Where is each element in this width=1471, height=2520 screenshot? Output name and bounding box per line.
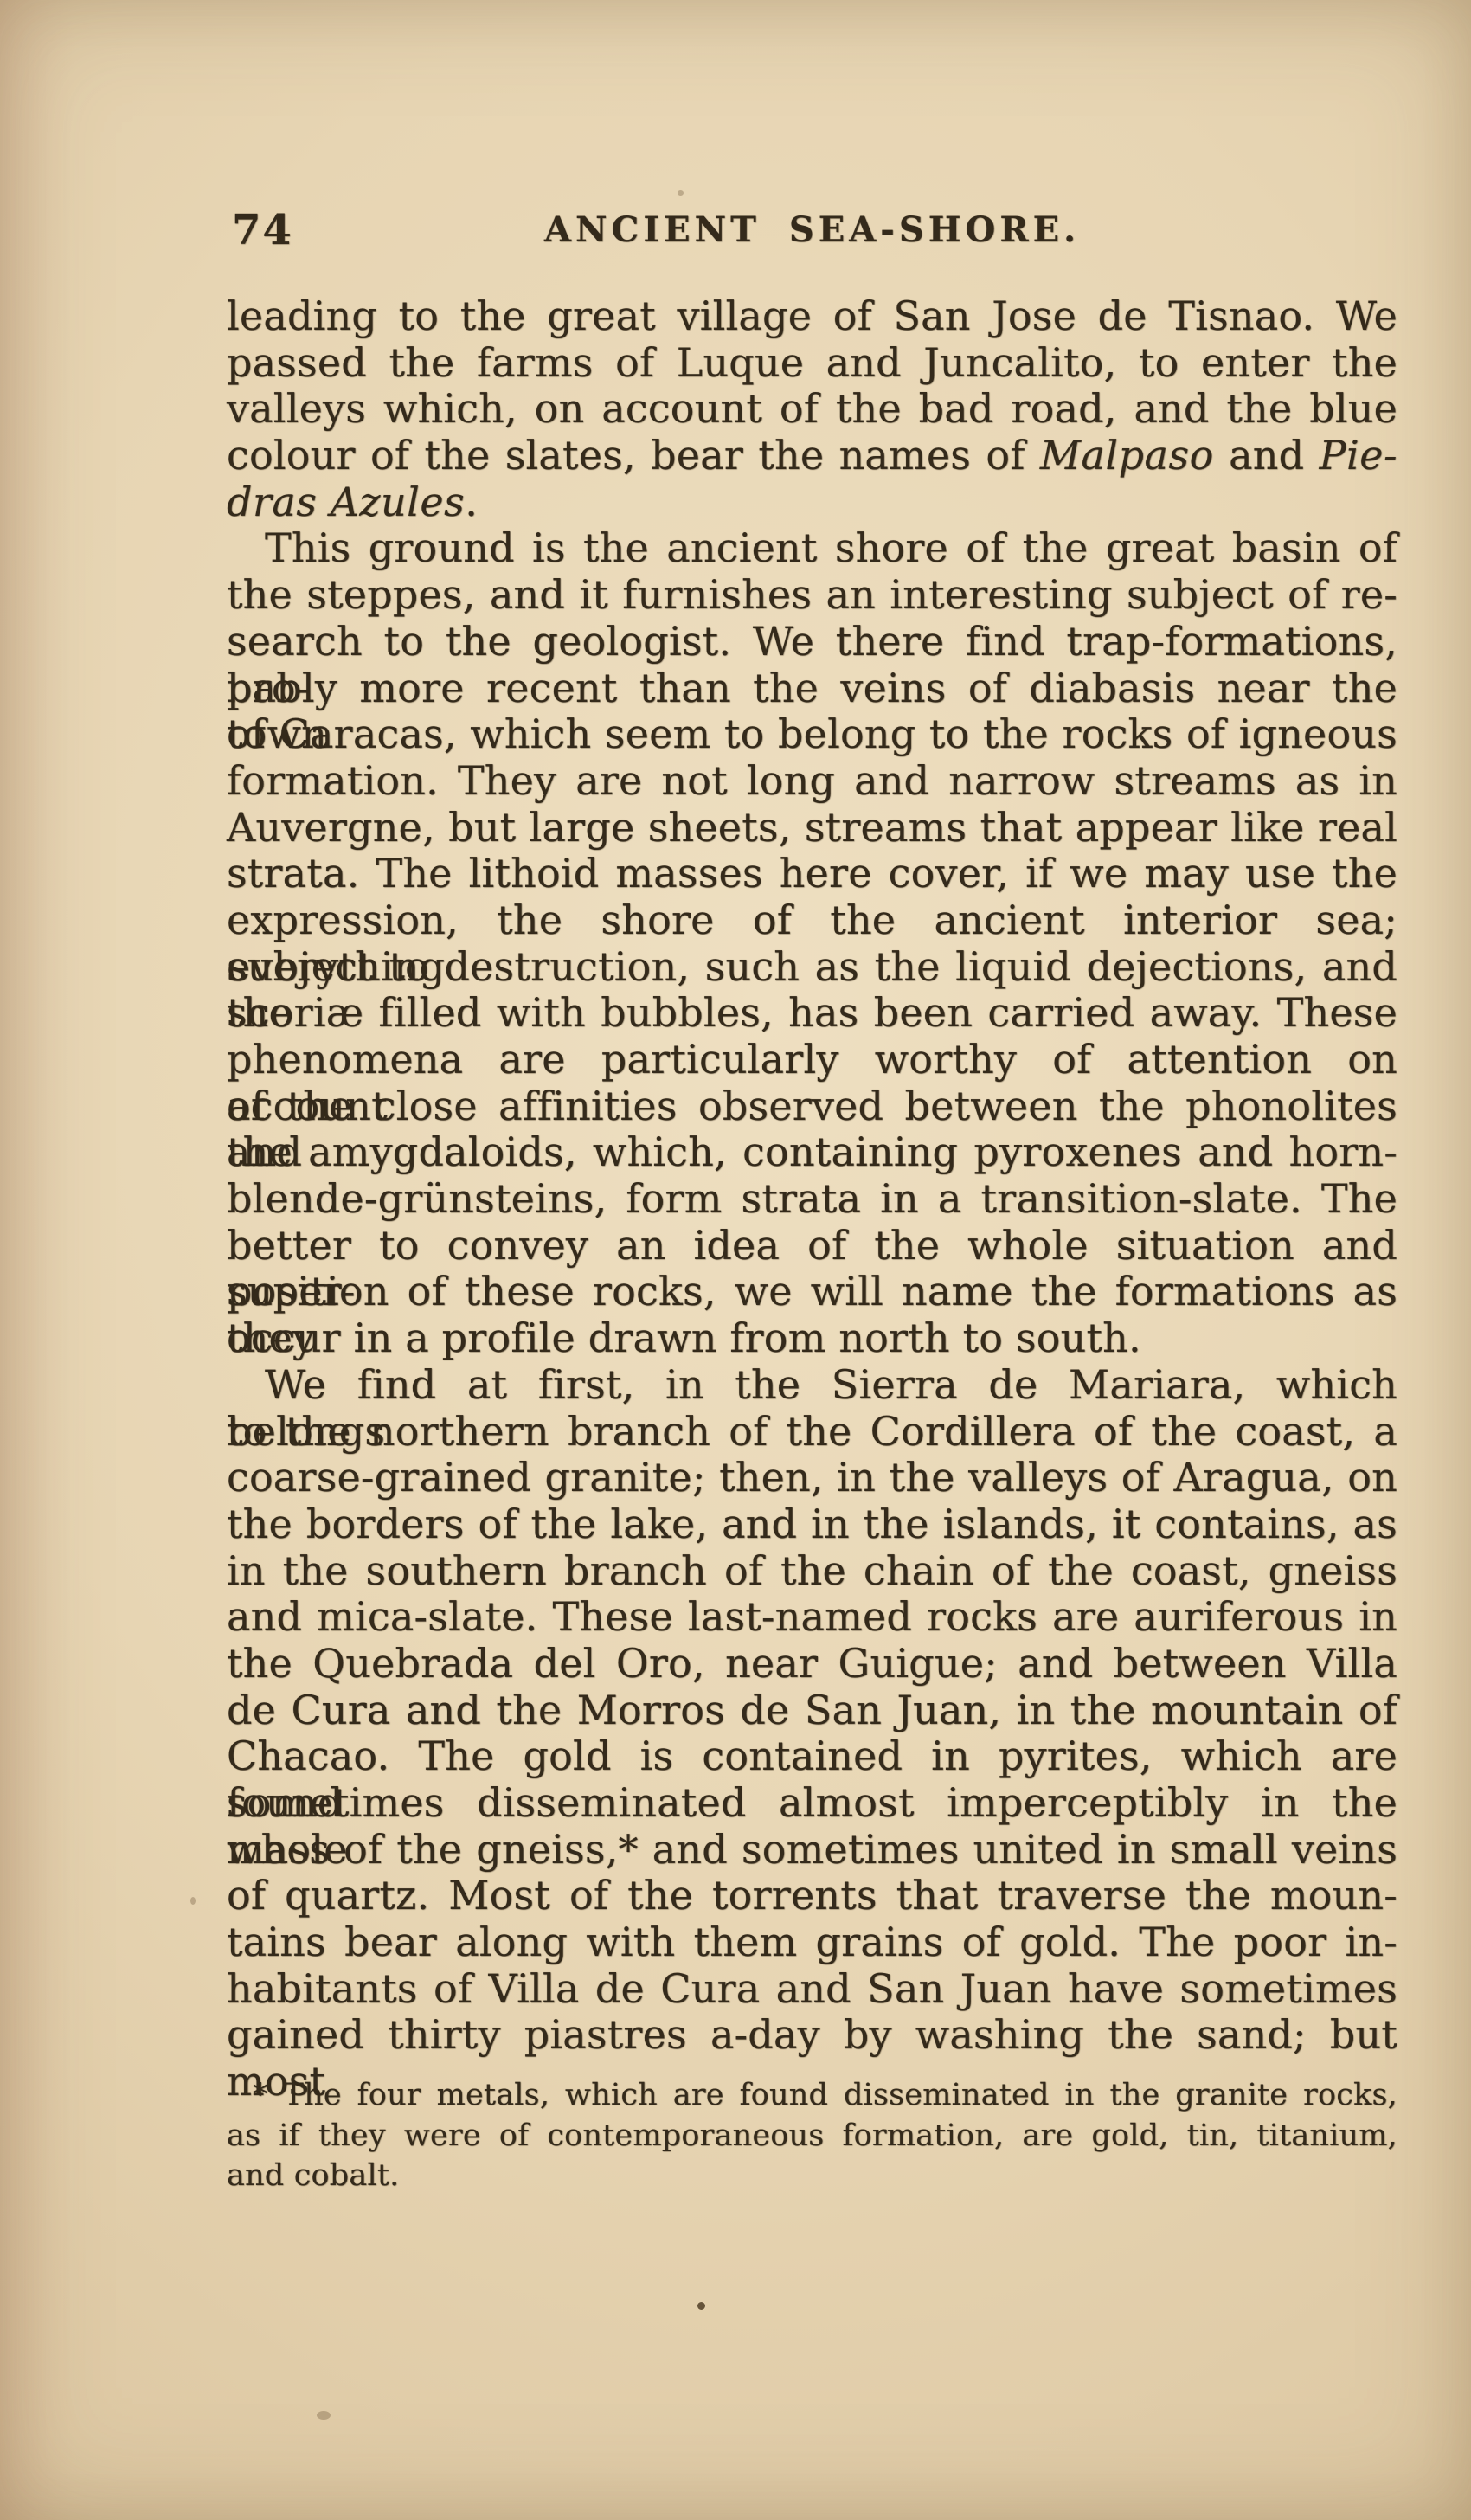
page-header: 74 ANCIENT SEA-SHORE. [227,206,1397,254]
text-line: colour of the slates, bear the names of … [227,433,1397,479]
text-line: better to convey an idea of the whole si… [227,1223,1397,1270]
text-line: formation. They are not long and narrow … [227,758,1397,805]
text-line: the steppes, and it furnishes an interes… [227,572,1397,619]
text-line: valleys which, on account of the bad roa… [227,386,1397,433]
text-line: This ground is the ancient shore of the … [227,525,1397,572]
text-line: the borders of the lake, and in the isla… [227,1501,1397,1548]
text-line: phenomena are particularly worthy of att… [227,1037,1397,1083]
ink-speck [678,190,684,196]
text-line: bably more recent than the veins of diab… [227,665,1397,712]
text-line: Chacao. The gold is contained in pyrites… [227,1733,1397,1780]
text-line: the Quebrada del Oro, near Guigue; and b… [227,1641,1397,1687]
text-line: mass of the gneiss,* and sometimes unite… [227,1827,1397,1874]
text-line: strata. The lithoid masses here cover, i… [227,851,1397,897]
text-line: * The four metals, which are found disse… [227,2075,1397,2116]
text-line: We find at first, in the Sierra de Maria… [227,1362,1397,1409]
text-line: as if they were of contemporaneous forma… [227,2116,1397,2157]
ink-speck [190,1897,196,1905]
text-line: to the northern branch of the Cordillera… [227,1409,1397,1456]
text-line: subject to destruction, such as the liqu… [227,944,1397,991]
text-line: habitants of Villa de Cura and San Juan … [227,1966,1397,2013]
paragraph: leading to the great village of San Jose… [227,293,1397,525]
ink-speck [317,2411,331,2420]
text-line: passed the farms of Luque and Juncalito,… [227,340,1397,387]
footnote: * The four metals, which are found disse… [227,2075,1397,2196]
text-line: search to the geologist. We there find t… [227,619,1397,665]
paragraph: This ground is the ancient shore of the … [227,525,1397,1361]
text-line: blende-grünsteins, form strata in a tran… [227,1176,1397,1223]
body-text: leading to the great village of San Jose… [227,293,1397,2059]
text-line: in the southern branch of the chain of t… [227,1548,1397,1595]
text-line: of quartz. Most of the torrents that tra… [227,1873,1397,1919]
text-line: Auvergne, but large sheets, streams that… [227,805,1397,852]
paragraph: We find at first, in the Sierra de Maria… [227,1362,1397,2059]
text-line: tains bear along with them grains of gol… [227,1919,1397,1966]
text-line: scoriæ filled with bubbles, has been car… [227,990,1397,1037]
text-line: expression, the shore of the ancient int… [227,897,1397,944]
text-line: coarse-grained granite; then, in the val… [227,1455,1397,1501]
text-line: and cobalt. [227,2156,1397,2196]
text-line: and mica-slate. These last-named rocks a… [227,1594,1397,1641]
text-line: position of these rocks, we will name th… [227,1269,1397,1315]
text-line: occur in a profile drawn from north to s… [227,1315,1397,1362]
text-line: sometimes disseminated almost impercepti… [227,1780,1397,1827]
text-line: leading to the great village of San Jose… [227,293,1397,340]
text-line: dras Azules. [227,479,1397,526]
text-line: the amygdaloids, which, containing pyrox… [227,1129,1397,1176]
text-line: of Caracas, which seem to belong to the … [227,711,1397,758]
running-head: ANCIENT SEA-SHORE. [227,209,1397,251]
text-line: gained thirty piastres a-day by washing … [227,2012,1397,2059]
text-line: de Cura and the Morros de San Juan, in t… [227,1687,1397,1734]
ink-speck [697,2302,705,2310]
book-page-scan: 74 ANCIENT SEA-SHORE. leading to the gre… [0,0,1471,2520]
text-line: of the close affinities observed between… [227,1083,1397,1130]
